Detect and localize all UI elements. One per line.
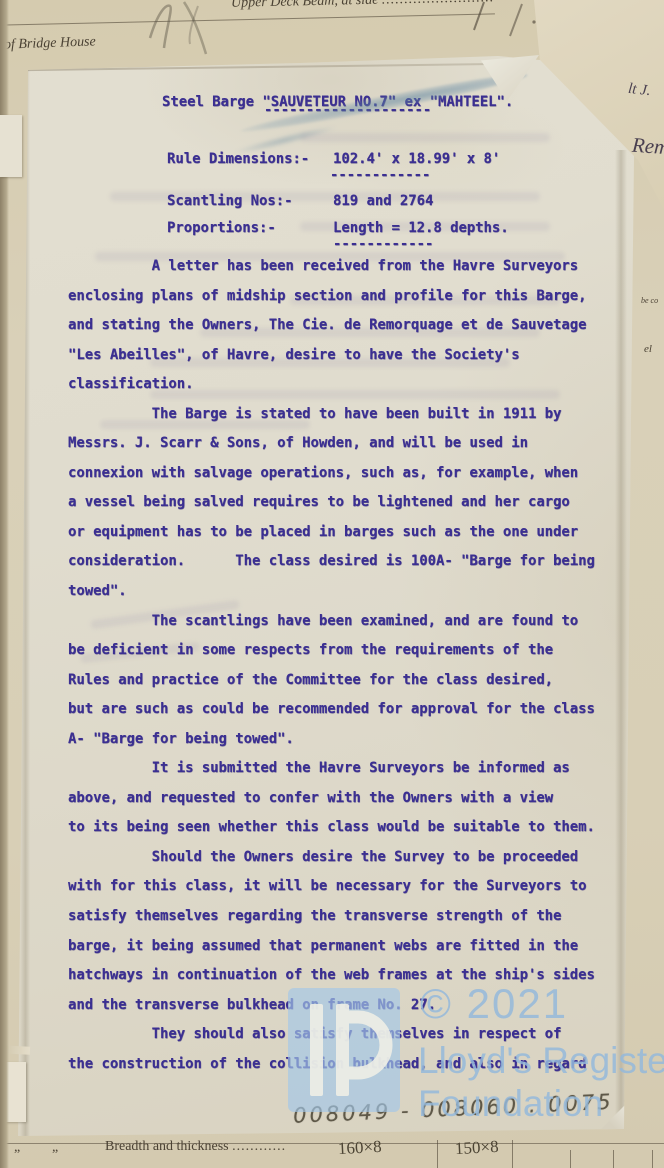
handwritten-note-rem: Rem bbox=[631, 133, 664, 161]
form-header-center: Upper Deck Beam, at side ...............… bbox=[231, 0, 495, 12]
handwritten-dimension-1: 160×8 bbox=[338, 1137, 383, 1159]
form-fragment-2: el bbox=[644, 343, 652, 355]
form-column-line bbox=[437, 1140, 438, 1168]
typed-text-line: with for this class, it will be necessar… bbox=[68, 878, 628, 908]
typed-text-line: satisfy themselves regarding the transve… bbox=[68, 908, 628, 938]
bottom-ditto-2: „ bbox=[52, 1140, 58, 1156]
spec-label-scantling-nos: Scantling Nos:- bbox=[167, 193, 292, 209]
paper-tab-left bbox=[0, 115, 22, 177]
typed-text-line: to its being seen whether this class wou… bbox=[68, 819, 628, 849]
form-column-tick bbox=[570, 1150, 571, 1168]
typed-text-line: but are such as could be recommended for… bbox=[68, 701, 628, 731]
spec-value-scantling-nos: 819 and 2764 bbox=[333, 193, 433, 209]
typed-text-line: above, and requested to confer with the … bbox=[68, 790, 628, 820]
typed-text-line: It is submitted the Havre Surveyors be i… bbox=[68, 760, 628, 790]
form-fragment-1: be co bbox=[641, 296, 658, 305]
typed-text-line: consideration. The class desired is 100A… bbox=[68, 553, 628, 583]
typed-text-line: classification. bbox=[68, 376, 628, 406]
typed-text-line: and stating the Owners, The Cie. de Remo… bbox=[68, 317, 628, 347]
typed-text-line: be deficient in some respects from the r… bbox=[68, 642, 628, 672]
form-horizontal-rule-top bbox=[0, 13, 495, 25]
typed-text-line: Rules and practice of the Committee for … bbox=[68, 672, 628, 702]
bottom-ditto-1: „ bbox=[14, 1140, 20, 1156]
typed-text-line: towed". bbox=[68, 583, 628, 613]
spec-label-proportions: Proportions:- bbox=[167, 220, 276, 236]
typed-text-line: barge, it being assumed that permanent w… bbox=[68, 938, 628, 968]
typed-text-line: The scantlings have been examined, and a… bbox=[68, 613, 628, 643]
form-label-upper-deck-beam: Upper Deck Beam, at side bbox=[231, 0, 379, 11]
typed-text-line: connexion with salvage operations, such … bbox=[68, 465, 628, 495]
typed-text-line: Messrs. J. Scarr & Sons, of Howden, and … bbox=[68, 435, 628, 465]
typed-text-line: The Barge is stated to have been built i… bbox=[68, 406, 628, 436]
form-label-breadth-thickness: Breadth and thickness ............ bbox=[105, 1139, 286, 1155]
bottom-dotted-rule: ............ bbox=[232, 1139, 286, 1154]
handwritten-note-1: lt J. bbox=[627, 81, 651, 100]
form-column-tick bbox=[652, 1150, 653, 1168]
typed-text-line: A- "Barge for being towed". bbox=[68, 731, 628, 761]
typed-text-line: A letter has been received from the Havr… bbox=[68, 258, 628, 288]
form-column-tick bbox=[613, 1150, 614, 1168]
typed-text-line: a vessel being salved requires to be lig… bbox=[68, 494, 628, 524]
typed-text-line: enclosing plans of midship section and p… bbox=[68, 288, 628, 318]
spec-value-proportions: Length = 12.8 depths. bbox=[333, 220, 509, 236]
typed-text-line: or equipment has to be placed in barges … bbox=[68, 524, 628, 554]
pencil-scribble-top bbox=[140, 0, 230, 60]
stray-typed-char: e bbox=[640, 360, 648, 376]
form-label-bridge-house: of Bridge House bbox=[4, 34, 96, 53]
report-body: A letter has been received from the Havr… bbox=[68, 258, 628, 1085]
pencil-tick-marks bbox=[470, 0, 540, 40]
spec-value-rule-dimensions: 102.4' x 18.99' x 8' bbox=[333, 151, 500, 167]
typed-text-line: "Les Abeilles", of Havre, desire to have… bbox=[68, 347, 628, 377]
scanned-document-photo: Upper Deck Beam, at side ...............… bbox=[0, 0, 664, 1168]
spec-underline-1: ------------ bbox=[330, 167, 430, 183]
form-column-line bbox=[512, 1140, 513, 1168]
typed-text-line: Should the Owners desire the Survey to b… bbox=[68, 849, 628, 879]
form-horizontal-rule-bottom bbox=[0, 1143, 664, 1144]
spec-underline-2: ------------ bbox=[333, 236, 433, 252]
lloyds-register-logo-watermark bbox=[288, 988, 400, 1112]
handwritten-dimension-2: 150×8 bbox=[455, 1137, 500, 1159]
bottom-label-text: Breadth and thickness bbox=[105, 1139, 229, 1154]
